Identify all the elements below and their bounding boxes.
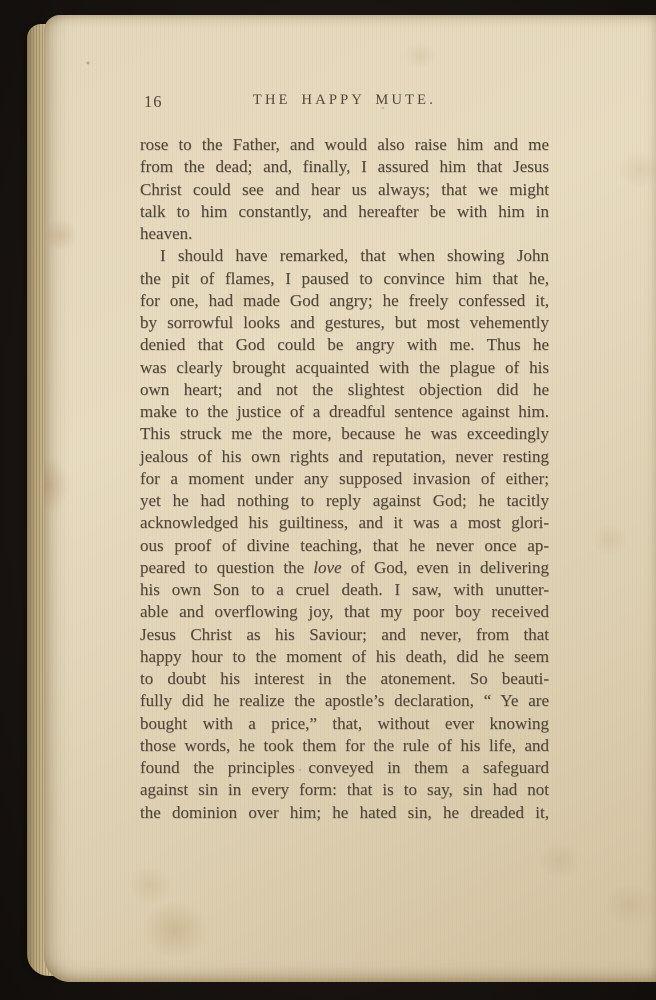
text-line: make to the justice of a dreadful senten… [140,401,549,423]
text-line: able and overflowing joy, that my poor b… [140,601,549,623]
text-line: his own Son to a cruel death. I saw, wit… [140,579,549,601]
text-line: rose to the Father, and would also raise… [140,134,549,156]
text-line: fully did he realize the apostle’s decla… [140,690,549,712]
photo-background: 16 THE HAPPY MUTE. rose to the Father, a… [0,0,656,1000]
text-line: peared to question the love of God, even… [140,557,549,579]
text-line: happy hour to the moment of his death, d… [140,646,549,668]
text-line: the pit of flames, I paused to convince … [140,268,549,290]
text-line: against sin in every form: that is to sa… [140,779,549,801]
text-segment: of God, even in delivering [342,558,549,577]
text-line: acknowledged his guiltiness, and it was … [140,512,549,534]
text-line: bought with a price,” that, without ever… [140,713,549,735]
text-line: found the principles conveyed in them a … [140,757,549,779]
text-segment: peared to question the [140,558,313,577]
paragraph: rose to the Father, and would also raise… [140,134,549,245]
text-line: from the dead; and, finally, I assured h… [140,156,549,178]
page-body: rose to the Father, and would also raise… [140,134,549,824]
running-title: THE HAPPY MUTE. [253,92,436,108]
book-page: 16 THE HAPPY MUTE. rose to the Father, a… [44,15,656,982]
text-line: ous proof of divine teaching, that he ne… [140,535,549,557]
text-line: Christ could see and hear us always; tha… [140,179,549,201]
text-line: for one, had made God angry; he freely c… [140,290,549,312]
text-line: the dominion over him; he hated sin, he … [140,802,549,824]
text-line: for a moment under any supposed invasion… [140,468,549,490]
text-line: This struck me the more, because he was … [140,423,549,445]
paragraph: I should have remarked, that when showin… [140,245,549,824]
page-header: 16 THE HAPPY MUTE. [140,91,549,113]
text-line: was clearly brought acquainted with the … [140,357,549,379]
text-line: heaven. [140,223,549,245]
text-line: Jesus Christ as his Saviour; and never, … [140,624,549,646]
text-line: jealous of his own rights and reputation… [140,446,549,468]
text-line: own heart; and not the slightest objecti… [140,379,549,401]
text-line: denied that God could be angry with me. … [140,334,549,356]
page-number: 16 [144,92,163,112]
text-line: by sorrowful looks and gestures, but mos… [140,312,549,334]
text-line: talk to him constantly, and hereafter be… [140,201,549,223]
text-line: to doubt his interest in the atonement. … [140,668,549,690]
italic-word: love [313,558,341,577]
text-line: yet he had nothing to reply against God;… [140,490,549,512]
text-line: I should have remarked, that when showin… [140,245,549,267]
text-line: those words, he took them for the rule o… [140,735,549,757]
